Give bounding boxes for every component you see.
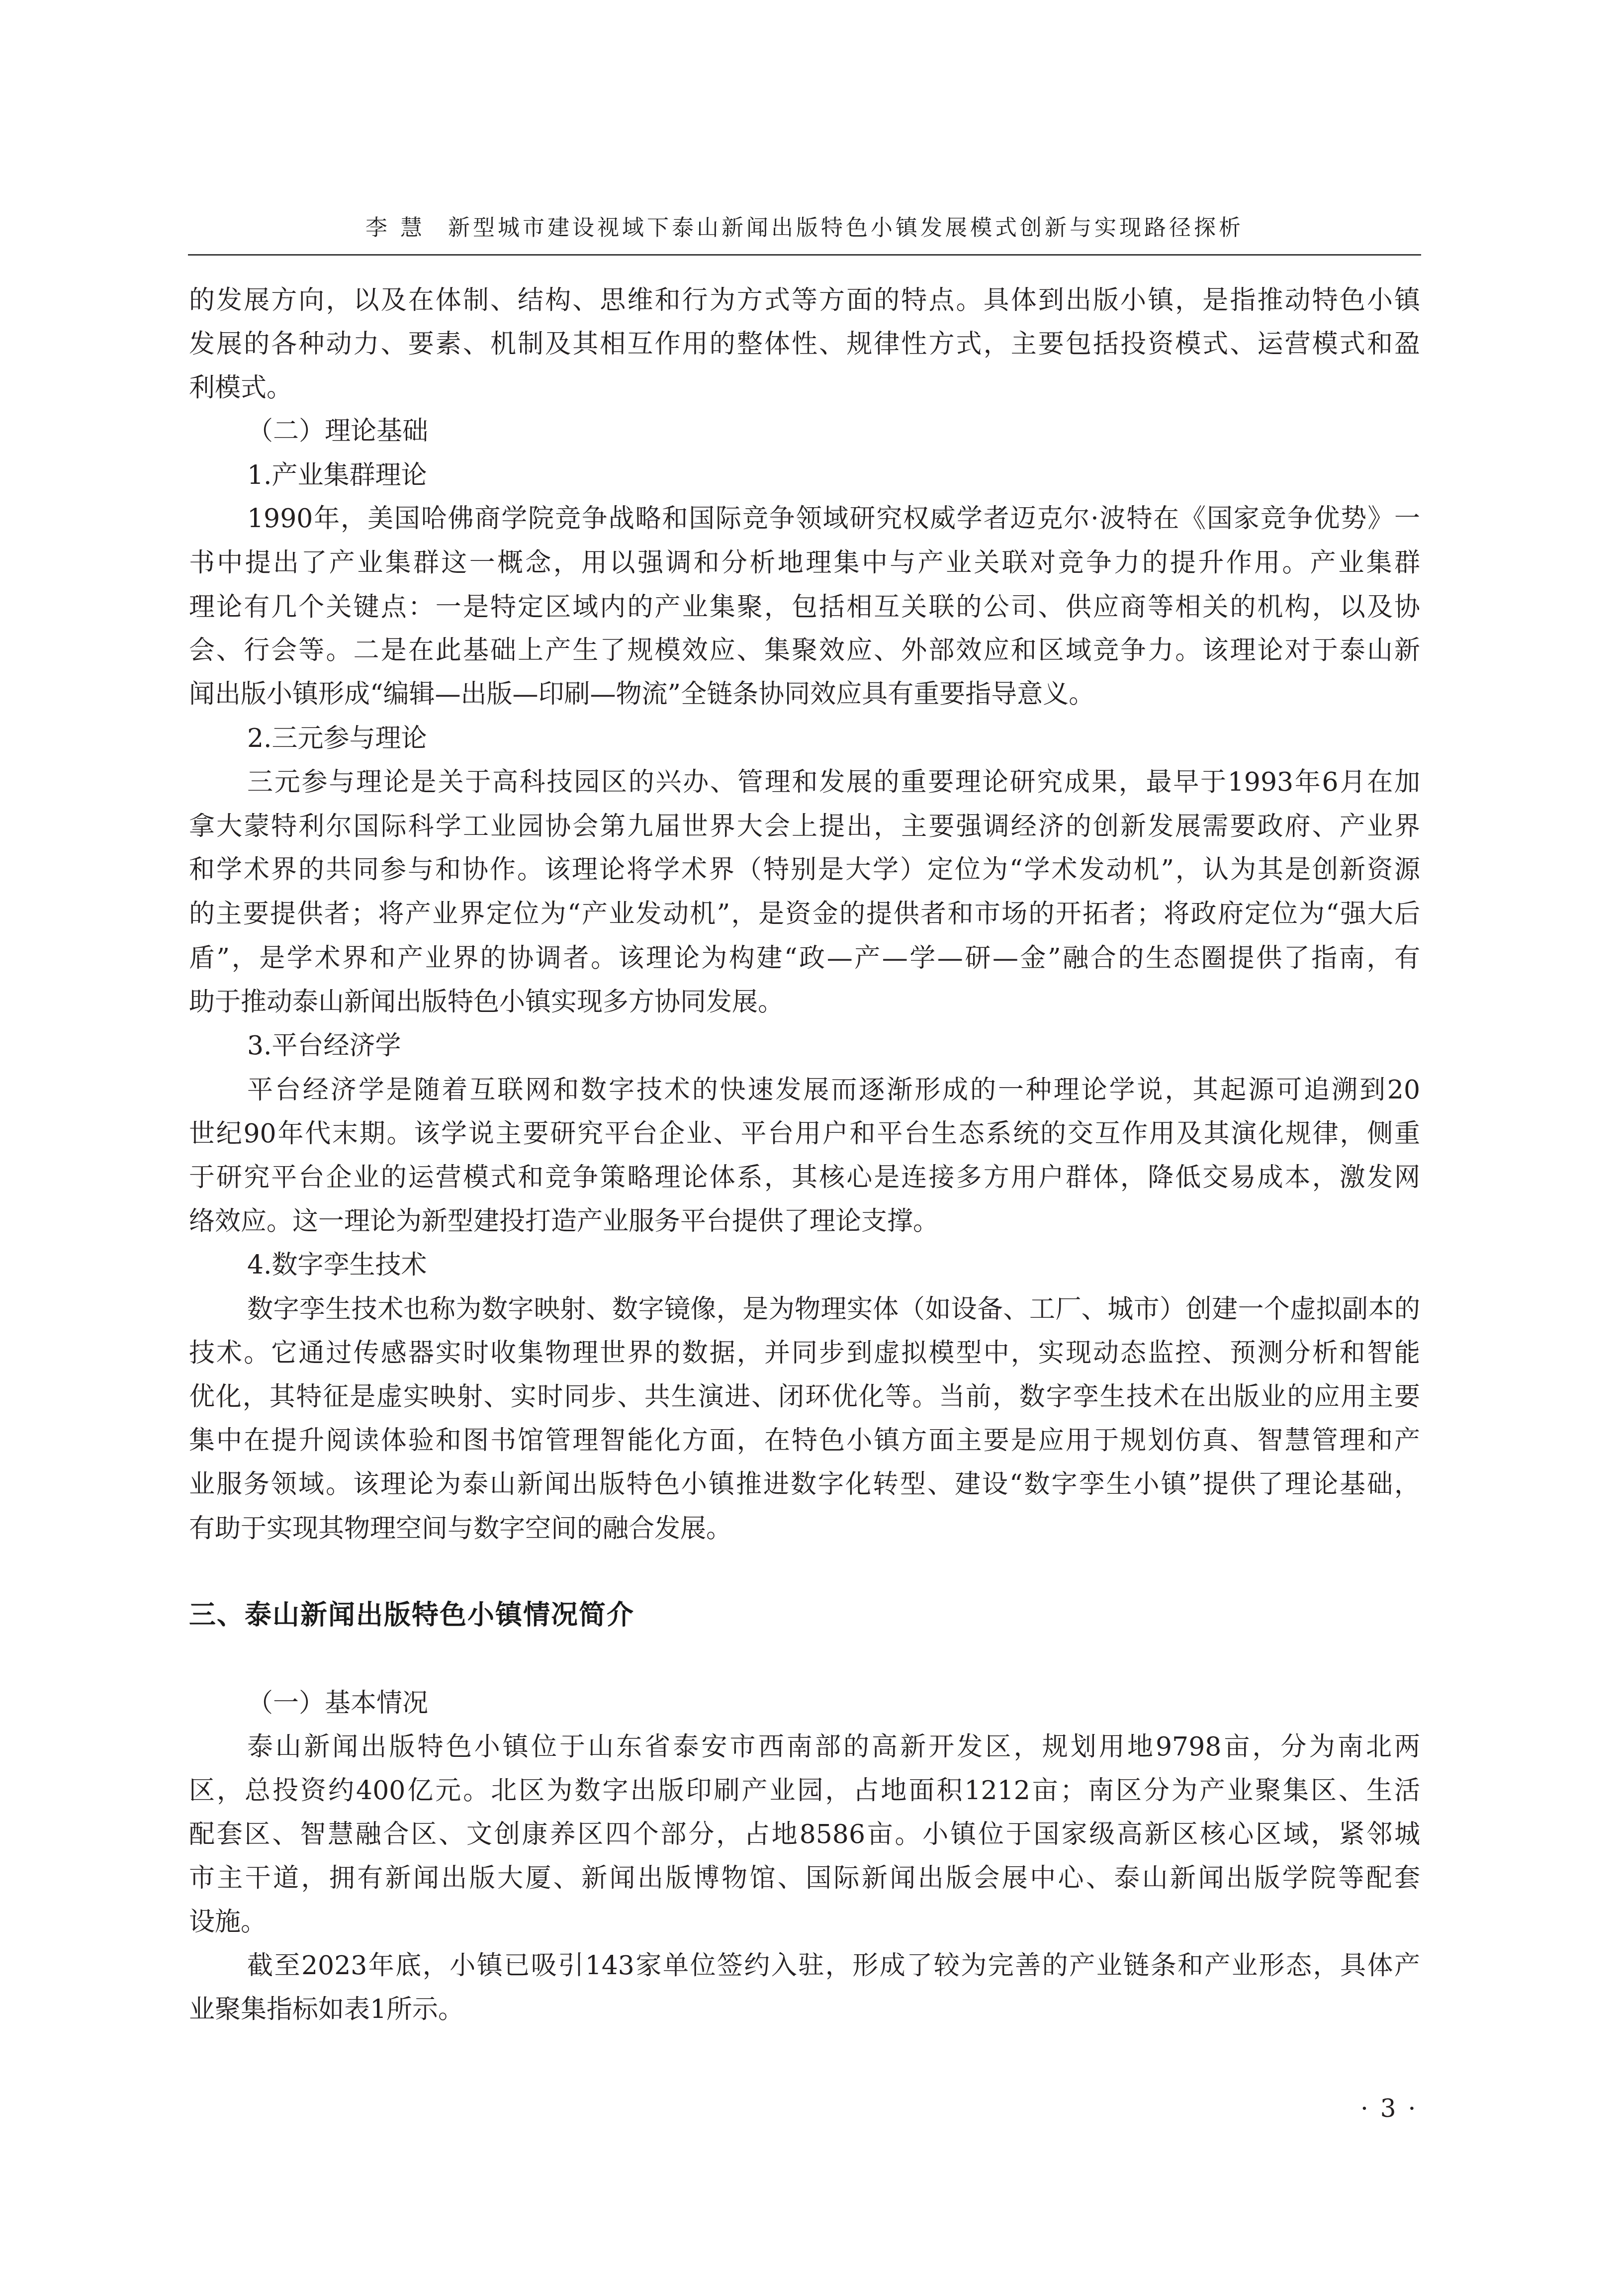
text-line: 技术。它通过传感器实时收集物理世界的数据，并同步到虚拟模型中，实现动态监控、预测… — [189, 1331, 1420, 1375]
text-line: 三元参与理论是关于高科技园区的兴办、管理和发展的重要理论研究成果，最早于1993… — [247, 760, 1420, 804]
page-number: · 3 · — [1360, 2094, 1418, 2123]
text-line: 市主干道，拥有新闻出版大厦、新闻出版博物馆、国际新闻出版会展中心、泰山新闻出版学… — [189, 1856, 1420, 1900]
text-line: 闻出版小镇形成“编辑—出版—印刷—物流”全链条协同效应具有重要指导意义。 — [189, 672, 1420, 716]
text-line: 设施。 — [189, 1900, 1420, 1944]
text-line: 络效应。这一理论为新型建投打造产业服务平台提供了理论支撑。 — [189, 1199, 1420, 1243]
theory-title: 2.三元参与理论 — [247, 717, 1420, 760]
theory-title: 1.产业集群理论 — [247, 454, 1420, 497]
text-line: 发展的各种动力、要素、机制及其相互作用的整体性、规律性方式，主要包括投资模式、运… — [189, 322, 1420, 366]
text-line: 的主要提供者；将产业界定位为“产业发动机”，是资金的提供者和市场的开拓者；将政府… — [189, 892, 1420, 936]
text-line: 和学术界的共同参与和协作。该理论将学术界（特别是大学）定位为“学术发动机”，认为… — [189, 848, 1420, 892]
text-line: 数字孪生技术也称为数字映射、数字镜像，是为物理实体（如设备、工厂、城市）创建一个… — [247, 1287, 1420, 1331]
running-header-author: 李 慧 — [365, 215, 425, 241]
text-line: 书中提出了产业集群这一概念，用以强调和分析地理集中与产业关联对竞争力的提升作用。… — [189, 541, 1420, 585]
header-rule-divider — [188, 254, 1421, 256]
text-line: 1990年，美国哈佛商学院竞争战略和国际竞争领域研究权威学者迈克尔·波特在《国家… — [247, 497, 1420, 541]
text-line: 截至2023年底，小镇已吸引143家单位签约入驻，形成了较为完善的产业链条和产业… — [247, 1944, 1420, 1988]
text-line: 优化，其特征是虚实映射、实时同步、共生演进、闭环优化等。当前，数字孪生技术在出版… — [189, 1375, 1420, 1419]
text-line: 盾”，是学术界和产业界的协调者。该理论为构建“政—产—学—研—金”融合的生态圈提… — [189, 936, 1420, 980]
text-line: 的发展方向，以及在体制、结构、思维和行为方式等方面的特点。具体到出版小镇，是指推… — [189, 278, 1420, 322]
subsection-title-basic-situation: （一）基本情况 — [247, 1681, 1420, 1725]
text-line: 集中在提升阅读体验和图书馆管理智能化方面，在特色小镇方面主要是应用于规划仿真、智… — [189, 1419, 1420, 1462]
running-header-title: 新型城市建设视域下泰山新闻出版特色小镇发展模式创新与实现路径探析 — [448, 215, 1244, 241]
text-line: 区，总投资约400亿元。北区为数字出版印刷产业园，占地面积1212亩；南区分为产… — [189, 1769, 1420, 1813]
text-line: 拿大蒙特利尔国际科学工业园协会第九届世界大会上提出，主要强调经济的创新发展需要政… — [189, 805, 1420, 848]
text-line: 业服务领域。该理论为泰山新闻出版特色小镇推进数字化转型、建设“数字孪生小镇”提供… — [189, 1462, 1420, 1506]
text-line: 利模式。 — [189, 366, 1420, 410]
section-title-town-overview: 三、泰山新闻出版特色小镇情况简介 — [189, 1593, 634, 1637]
subsection-title-theoretical-basis: （二）理论基础 — [247, 409, 1420, 453]
running-header: 李 慧新型城市建设视域下泰山新闻出版特色小镇发展模式创新与实现路径探析 — [189, 213, 1420, 243]
text-line: 平台经济学是随着互联网和数字技术的快速发展而逐渐形成的一种理论学说，其起源可追溯… — [247, 1068, 1420, 1112]
text-line: 世纪90年代末期。该学说主要研究平台企业、平台用户和平台生态系统的交互作用及其演… — [189, 1112, 1420, 1156]
text-line: 于研究平台企业的运营模式和竞争策略理论体系，其核心是连接多方用户群体，降低交易成… — [189, 1156, 1420, 1199]
text-line: 泰山新闻出版特色小镇位于山东省泰安市西南部的高新开发区，规划用地9798亩，分为… — [247, 1725, 1420, 1769]
text-line: 配套区、智慧融合区、文创康养区四个部分，占地8586亩。小镇位于国家级高新区核心… — [189, 1813, 1420, 1856]
theory-title: 4.数字孪生技术 — [247, 1243, 1420, 1287]
text-line: 业聚集指标如表1所示。 — [189, 1988, 1420, 2031]
text-line: 有助于实现其物理空间与数字空间的融合发展。 — [189, 1507, 1420, 1550]
theory-title: 3.平台经济学 — [247, 1024, 1420, 1068]
text-line: 助于推动泰山新闻出版特色小镇实现多方协同发展。 — [189, 980, 1420, 1024]
text-line: 会、行会等。二是在此基础上产生了规模效应、集聚效应、外部效应和区域竞争力。该理论… — [189, 629, 1420, 672]
text-line: 理论有几个关键点：一是特定区域内的产业集聚，包括相互关联的公司、供应商等相关的机… — [189, 585, 1420, 629]
